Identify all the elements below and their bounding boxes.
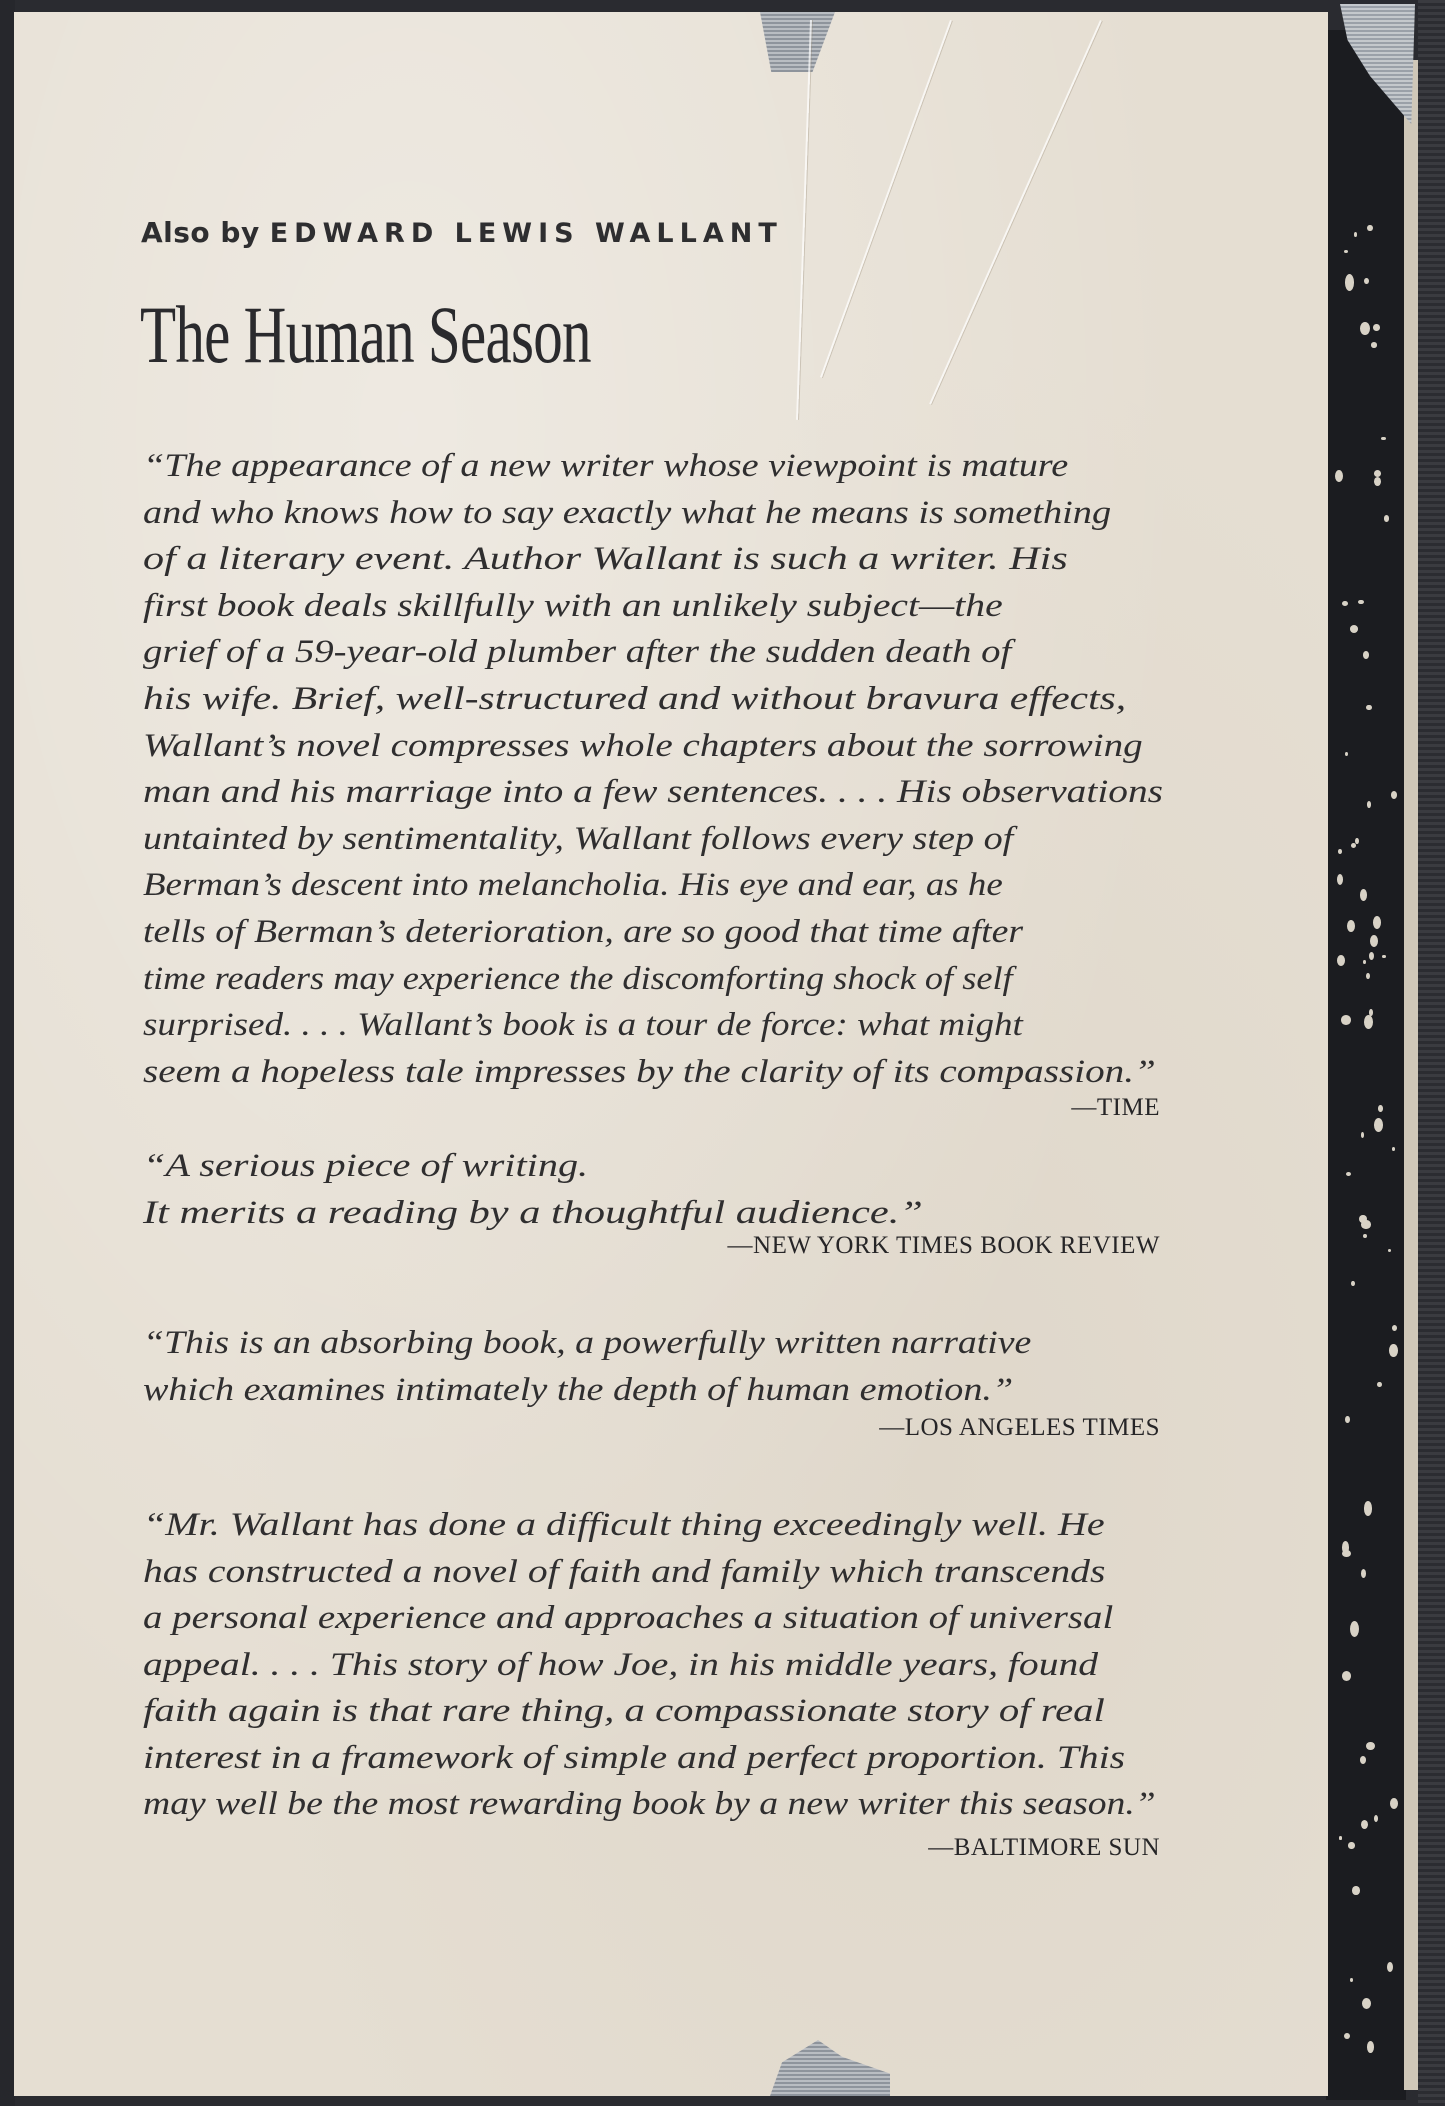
wear-fleck: [1345, 274, 1355, 291]
quote-line: It merits a reading by a thoughtful audi…: [143, 1195, 923, 1232]
quote-line: a personal experience and approaches a s…: [143, 1600, 1113, 1637]
wear-fleck: [1392, 1147, 1395, 1151]
wear-fleck: [1374, 1118, 1383, 1132]
quote-line: has constructed a novel of faith and fam…: [143, 1554, 1105, 1591]
wear-fleck: [1348, 1842, 1354, 1849]
book-board-left-edge: [0, 0, 15, 2106]
wear-fleck: [1344, 250, 1348, 253]
wear-fleck: [1360, 889, 1367, 901]
jacket-spine-fold: [1404, 60, 1418, 2090]
quote-line: tells of Berman’s deterioration, are so …: [143, 914, 1023, 951]
quote-line: his wife. Brief, well-structured and wit…: [143, 681, 1126, 718]
wear-fleck: [1351, 843, 1356, 848]
wear-fleck: [1351, 1281, 1355, 1287]
wear-fleck: [1378, 1105, 1383, 1112]
quote-line: “This is an absorbing book, a powerfully…: [143, 1325, 1031, 1362]
wear-fleck: [1364, 278, 1369, 284]
quote-line: “A serious piece of writing.: [143, 1148, 588, 1185]
review-source: —LOS ANGELES TIMES: [879, 1414, 1160, 1442]
quote-line: surprised. . . . Wallant’s book is a tou…: [143, 1007, 1023, 1044]
review-source: —TIME: [1071, 1094, 1160, 1122]
wear-fleck: [1371, 342, 1377, 347]
quote-line: time readers may experience the discomfo…: [143, 961, 1013, 998]
wear-fleck: [1342, 1541, 1349, 1554]
wear-fleck: [1363, 960, 1366, 965]
wear-fleck: [1373, 324, 1379, 331]
quote-line: of a literary event. Author Wallant is s…: [143, 541, 1068, 578]
wear-fleck: [1382, 955, 1386, 959]
quote-line: faith again is that rare thing, a compas…: [143, 1693, 1105, 1730]
also-by-label: Also by: [141, 216, 260, 249]
wear-fleck: [1347, 920, 1355, 932]
wear-fleck: [1339, 1836, 1343, 1839]
review-source: —BALTIMORE SUN: [928, 1834, 1160, 1862]
quote-line: “Mr. Wallant has done a difficult thing …: [143, 1507, 1105, 1544]
wear-fleck: [1390, 1798, 1398, 1810]
wear-fleck: [1362, 1998, 1371, 2009]
quote-line: Berman’s descent into melancholia. His e…: [143, 867, 1003, 904]
quote-line: appeal. . . . This story of how Joe, in …: [143, 1647, 1098, 1684]
book-cloth-edge: [1418, 0, 1445, 2106]
wear-fleck: [1366, 973, 1370, 980]
quote-line: and who knows how to say exactly what he…: [143, 495, 1111, 532]
wear-fleck: [1377, 1382, 1382, 1388]
quote-line: seem a hopeless tale impresses by the cl…: [143, 1054, 1156, 1091]
quote-line: which examines intimately the depth of h…: [143, 1372, 1013, 1409]
also-by-heading: Also byEDWARD LEWIS WALLANT: [141, 216, 783, 249]
quote-line: interest in a framework of simple and pe…: [143, 1740, 1125, 1777]
book-title: The Human Season: [140, 288, 591, 382]
wear-fleck: [1389, 1344, 1398, 1357]
quote-line: first book deals skillfully with an unli…: [143, 588, 1003, 625]
review-source: —NEW YORK TIMES BOOK REVIEW: [728, 1232, 1160, 1260]
wear-fleck: [1366, 705, 1371, 711]
wear-fleck: [1363, 651, 1369, 659]
wear-fleck: [1341, 1015, 1351, 1025]
wear-fleck: [1361, 1132, 1365, 1138]
wear-fleck: [1350, 625, 1358, 633]
wear-fleck: [1361, 1220, 1370, 1228]
quote-line: Wallant’s novel compresses whole chapter…: [143, 728, 1143, 765]
wear-fleck: [1345, 1416, 1350, 1423]
quote-line: may well be the most rewarding book by a…: [143, 1786, 1156, 1823]
author-name: EDWARD LEWIS WALLANT: [270, 218, 783, 249]
quote-line: man and his marriage into a few sentence…: [143, 774, 1163, 811]
quote-line: grief of a 59-year-old plumber after the…: [143, 634, 1011, 671]
quote-line: untainted by sentimentality, Wallant fol…: [143, 821, 1013, 858]
wear-fleck: [1387, 1962, 1393, 1972]
quote-line: “The appearance of a new writer whose vi…: [143, 448, 1068, 485]
jacket-spine: [1326, 30, 1406, 2100]
wear-fleck: [1384, 515, 1389, 522]
wear-fleck: [1337, 955, 1345, 966]
wear-fleck: [1367, 225, 1372, 231]
wear-fleck: [1342, 1671, 1351, 1681]
wear-fleck: [1364, 1015, 1373, 1029]
wear-fleck: [1352, 1886, 1359, 1895]
wear-fleck: [1350, 1978, 1353, 1982]
wear-fleck: [1381, 437, 1385, 440]
wear-fleck: [1367, 801, 1371, 807]
